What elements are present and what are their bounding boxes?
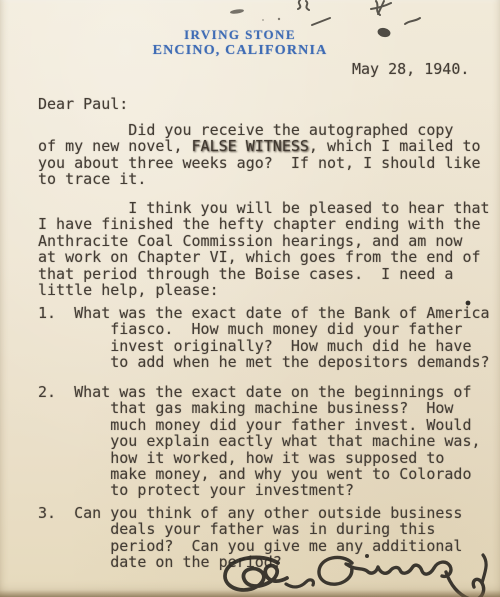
date-line: May 28, 1940. [352, 61, 469, 77]
letterhead-name: IRVING STONE [90, 27, 390, 43]
salutation: Dear Paul: [38, 96, 128, 112]
paragraph-chapter-progress: I think you will be pleased to hear that… [38, 200, 490, 298]
question-item-2: 2. What was the exact date on the beginn… [38, 384, 481, 499]
question-item-1: 1. What was the exact date of the Bank o… [38, 305, 490, 371]
paper-bottom-edge [0, 590, 500, 597]
letter-page: IRVING STONE ENCINO, CALIFORNIA May 28, … [0, 0, 500, 597]
novel-title-overstrike: FALSE WITNESS [192, 139, 309, 155]
question-item-3: 3. Can you think of any other outside bu… [38, 505, 462, 571]
letterhead-location: ENCINO, CALIFORNIA [90, 43, 390, 59]
